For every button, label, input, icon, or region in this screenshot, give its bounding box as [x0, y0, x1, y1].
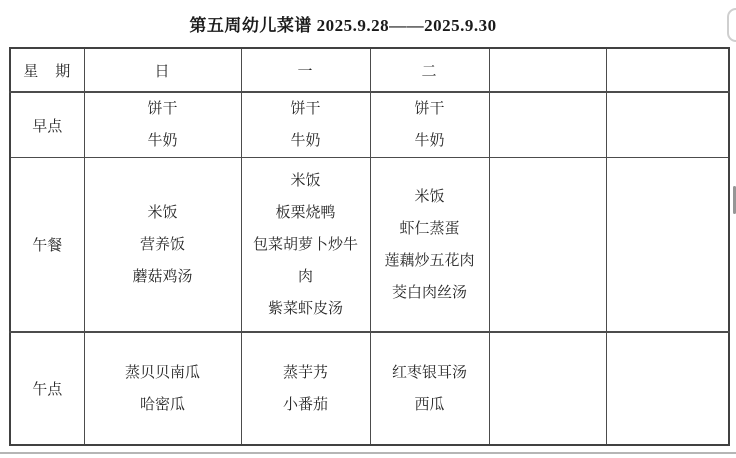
dish-item: 小番茄	[250, 389, 362, 421]
menu-cell-breakfast-sunday: 饼干 牛奶	[84, 92, 241, 158]
dish-item: 西瓜	[379, 389, 481, 421]
table-row-lunch: 午餐 米饭 营养饭 蘑菇鸡汤 米饭 板栗烧鸭 包菜胡萝卜炒牛肉 紫菜虾皮汤 米饭…	[10, 158, 729, 333]
meal-label-lunch: 午餐	[10, 158, 84, 333]
day-label-monday: 一	[297, 64, 313, 80]
menu-cell-lunch-empty-2	[606, 158, 729, 333]
menu-cell-snack-empty-1	[489, 332, 606, 445]
dish-item: 哈密瓜	[93, 389, 233, 421]
day-label-tuesday: 二	[421, 64, 437, 80]
menu-cell-snack-sunday: 蒸贝贝南瓜 哈密瓜	[84, 332, 241, 445]
day-label-sunday: 日	[154, 64, 170, 80]
dish-item: 虾仁蒸蛋	[379, 213, 481, 245]
dish-item: 莲藕炒五花肉	[379, 245, 481, 277]
dish-item: 包菜胡萝卜炒牛肉	[250, 229, 362, 293]
header-cell-weekday: 星 期	[10, 48, 84, 92]
dish-item: 米饭	[379, 181, 481, 213]
dish-item: 蘑菇鸡汤	[93, 261, 233, 293]
meal-label-breakfast: 早点	[10, 92, 84, 158]
header-cell-monday: 一	[241, 48, 370, 92]
menu-cell-breakfast-empty-2	[606, 92, 729, 158]
dish-item: 牛奶	[93, 125, 233, 157]
menu-table: 星 期 日 一 二 早点 饼干 牛奶 饼干 牛奶 饼干 牛奶	[9, 47, 730, 446]
header-cell-sunday: 日	[84, 48, 241, 92]
header-cell-empty-1	[489, 48, 606, 92]
header-cell-empty-2	[606, 48, 729, 92]
meal-label-afternoon-snack: 午点	[10, 332, 84, 445]
dish-item: 紫菜虾皮汤	[250, 293, 362, 325]
page-title: 第五周幼儿菜谱 2025.9.28——2025.9.30	[0, 13, 686, 39]
menu-cell-breakfast-empty-1	[489, 92, 606, 158]
dish-item: 蒸芋艿	[250, 357, 362, 389]
table-row-afternoon-snack: 午点 蒸贝贝南瓜 哈密瓜 蒸芋艿 小番茄 红枣银耳汤 西瓜	[10, 332, 729, 445]
page-edge-divider	[0, 452, 736, 454]
weekday-label: 星 期	[23, 64, 71, 80]
dish-item: 米饭	[93, 197, 233, 229]
menu-cell-snack-tuesday: 红枣银耳汤 西瓜	[370, 332, 489, 445]
table-header-row: 星 期 日 一 二	[10, 48, 729, 92]
menu-cell-lunch-sunday: 米饭 营养饭 蘑菇鸡汤	[84, 158, 241, 333]
menu-cell-lunch-monday: 米饭 板栗烧鸭 包菜胡萝卜炒牛肉 紫菜虾皮汤	[241, 158, 370, 333]
dish-item: 蒸贝贝南瓜	[93, 357, 233, 389]
menu-cell-snack-empty-2	[606, 332, 729, 445]
menu-cell-snack-monday: 蒸芋艿 小番茄	[241, 332, 370, 445]
document-page: 第五周幼儿菜谱 2025.9.28——2025.9.30 星 期 日 一 二 早…	[0, 0, 736, 458]
dish-item: 营养饭	[93, 229, 233, 261]
menu-cell-lunch-tuesday: 米饭 虾仁蒸蛋 莲藕炒五花肉 茭白肉丝汤	[370, 158, 489, 333]
cutoff-pill-control[interactable]	[727, 8, 736, 42]
dish-item: 茭白肉丝汤	[379, 277, 481, 309]
dish-item: 饼干	[93, 93, 233, 125]
dish-item: 饼干	[379, 93, 481, 125]
dish-item: 饼干	[250, 93, 362, 125]
dish-item: 红枣银耳汤	[379, 357, 481, 389]
menu-cell-breakfast-tuesday: 饼干 牛奶	[370, 92, 489, 158]
dish-item: 米饭	[250, 165, 362, 197]
dish-item: 牛奶	[250, 125, 362, 157]
table-row-breakfast: 早点 饼干 牛奶 饼干 牛奶 饼干 牛奶	[10, 92, 729, 158]
dish-item: 板栗烧鸭	[250, 197, 362, 229]
menu-cell-lunch-empty-1	[489, 158, 606, 333]
menu-cell-breakfast-monday: 饼干 牛奶	[241, 92, 370, 158]
header-cell-tuesday: 二	[370, 48, 489, 92]
dish-item: 牛奶	[379, 125, 481, 157]
